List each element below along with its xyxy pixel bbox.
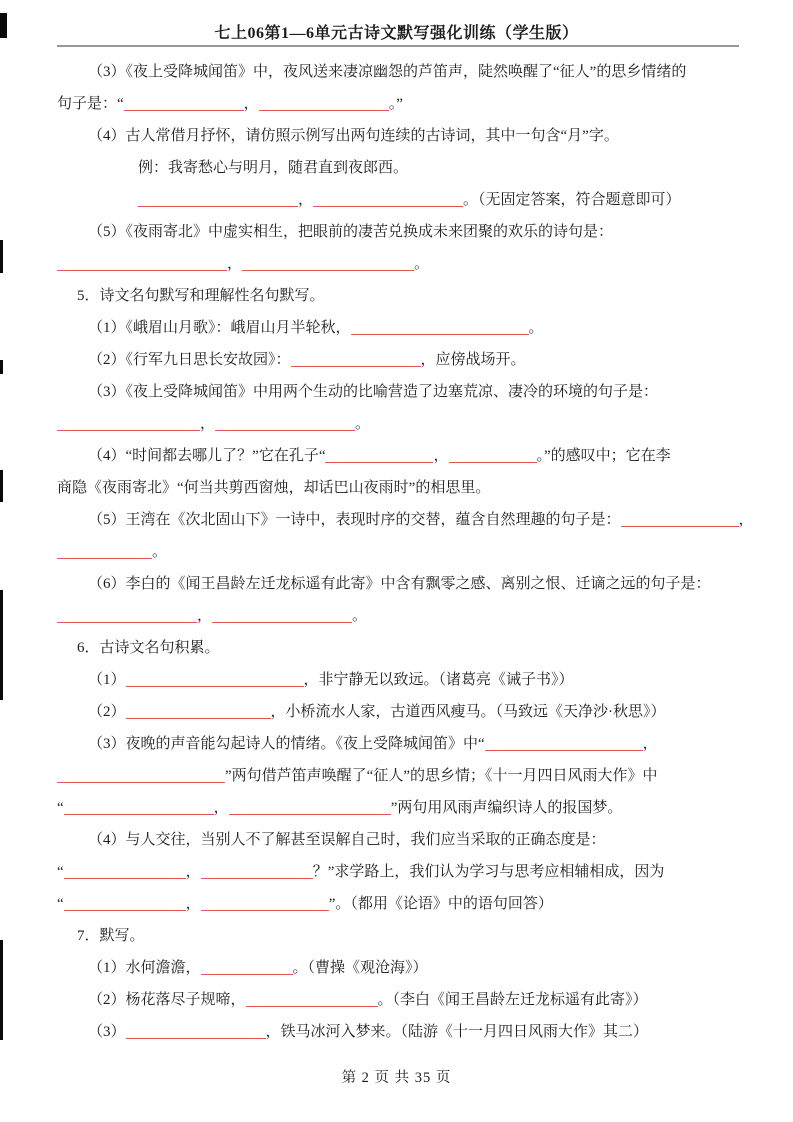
document-line: （3），铁马冰河入梦来。（陆游《十一月四日风雨大作》其二）: [88, 1016, 739, 1048]
document-line: 商隐《夜雨寄北》“何当共剪西窗烛，却话巴山夜雨时”的相思里。: [57, 472, 739, 504]
answer-blank: [246, 992, 378, 1007]
document-line: “，”两句用风雨声编织诗人的报国梦。: [57, 792, 739, 824]
document-line: 。: [57, 536, 739, 568]
document-line: （4）古人常借月抒怀，请仿照示例写出两句连续的古诗词，其中一句含“月”字。: [88, 120, 739, 152]
text-run: ？”求学路上，我们认为学习与思考应相辅相成，因为: [313, 864, 665, 880]
text-run: ，: [227, 256, 242, 272]
text-run: 。（李白《闻王昌龄左迁龙标遥有此寄》）: [378, 992, 648, 1008]
answer-blank: [126, 704, 271, 719]
answer-blank: [64, 896, 186, 911]
text-run: （3）夜晚的声音能勾起诗人的情绪。《夜上受降城闻笛》中“: [88, 736, 485, 752]
text-run: （3）《夜上受降城闻笛》中用两个生动的比喻营造了边塞荒凉、凄冷的环境的句子是：: [88, 384, 658, 400]
text-run: ，: [643, 736, 658, 752]
document-line: （6）李白的《闻王昌龄左迁龙标遥有此寄》中含有飘零之感、离别之恨、迁谪之远的句子…: [88, 568, 739, 600]
answer-blank: [449, 448, 537, 463]
document-line: （5）《夜雨寄北》中虚实相生，把眼前的凄苦兑换成未来团聚的欢乐的诗句是：: [88, 216, 739, 248]
document-line: ，。: [57, 248, 739, 280]
answer-blank: [229, 800, 391, 815]
text-run: 句子是：“: [57, 96, 124, 112]
answer-blank: [212, 608, 352, 623]
document-line: （1）《峨眉山月歌》：峨眉山月半轮秋，。: [88, 312, 739, 344]
text-run: 。: [529, 320, 544, 336]
document-line: ”两句借芦笛声唤醒了“征人”的思乡情；《十一月四日风雨大作》中: [57, 760, 739, 792]
answer-blank: [126, 1024, 266, 1039]
text-run: 。”的感叹中；它在李: [537, 448, 671, 464]
text-run: ，: [186, 896, 201, 912]
text-run: 。（曹操《观沧海》）: [293, 960, 428, 976]
scan-artifact: [0, 360, 3, 374]
document-line: “，”。（都用《论语》中的语句回答）: [57, 888, 739, 920]
answer-blank: [215, 416, 355, 431]
document-line: （4）与人交往，当别人不了解甚至误解自己时，我们应当采取的正确态度是：: [88, 824, 739, 856]
document-line: （2）杨花落尽子规啼，。（李白《闻王昌龄左迁龙标遥有此寄》）: [88, 984, 739, 1016]
text-run: ”两句借芦笛声唤醒了“征人”的思乡情；《十一月四日风雨大作》中: [225, 768, 657, 784]
answer-blank: [57, 256, 227, 271]
text-run: （4）古人常借月抒怀，请仿照示例写出两句连续的古诗词，其中一句含“月”字。: [88, 128, 619, 144]
page-number: 第 2 页 共 35 页: [0, 1066, 793, 1087]
text-run: 7．默写。: [77, 928, 145, 944]
scan-artifact: [0, 470, 3, 502]
text-run: ”。（都用《论语》中的语句回答）: [329, 896, 553, 912]
text-run: ，: [298, 192, 313, 208]
text-run: （4）与人交往，当别人不了解甚至误解自己时，我们应当采取的正确态度是：: [88, 832, 606, 848]
text-run: 。: [414, 256, 429, 272]
document-line: 6．古诗文名句积累。: [77, 632, 739, 664]
answer-blank: [242, 256, 414, 271]
document-line: （2）《行军九日思长安故园》：，应傍战场开。: [88, 344, 739, 376]
document-line: （3）夜晚的声音能勾起诗人的情绪。《夜上受降城闻笛》中“，: [88, 728, 739, 760]
scan-artifact: [0, 590, 3, 700]
text-run: ，: [197, 608, 212, 624]
document-line: （4）“时间都去哪儿了？”它在孔子“，。”的感叹中；它在李: [88, 440, 739, 472]
text-run: 。”: [389, 96, 403, 112]
text-run: （5）王湾在《次北固山下》一诗中，表现时序的交替，蕴含自然理趣的句子是：: [88, 512, 621, 528]
answer-blank: [57, 608, 197, 623]
answer-blank: [485, 736, 643, 751]
document-line: “，？”求学路上，我们认为学习与思考应相辅相成，因为: [57, 856, 739, 888]
answer-blank: [57, 768, 225, 783]
document-line: 7．默写。: [77, 920, 739, 952]
scan-artifact: [0, 240, 3, 273]
answer-blank: [126, 672, 304, 687]
text-run: （2）杨花落尽子规啼，: [88, 992, 246, 1008]
answer-blank: [124, 96, 244, 111]
answer-blank: [259, 96, 389, 111]
answer-blank: [291, 352, 421, 367]
answer-blank: [621, 512, 739, 527]
text-run: ，铁马冰河入梦来。（陆游《十一月四日风雨大作》其二）: [266, 1024, 649, 1040]
page-title: 七上06第1—6单元古诗文默写强化训练（学生版）: [0, 20, 793, 43]
text-run: ，非宁静无以致远。（诸葛亮《诫子书》）: [304, 672, 574, 688]
document-line: 5．诗文名句默写和理解性名句默写。: [77, 280, 739, 312]
answer-blank: [201, 896, 329, 911]
text-run: 。: [152, 544, 167, 560]
document-line: （1）水何澹澹，。（曹操《观沧海》）: [88, 952, 739, 984]
text-run: “: [57, 896, 64, 912]
document-line: 句子是：“，。”: [57, 88, 739, 120]
document-line: （1），非宁静无以致远。（诸葛亮《诫子书》）: [88, 664, 739, 696]
text-run: 6．古诗文名句积累。: [77, 640, 220, 656]
text-run: ，应傍战场开。: [421, 352, 526, 368]
document-line: ，。: [57, 600, 739, 632]
text-run: （2）《行军九日思长安故园》：: [88, 352, 291, 368]
text-run: （1）: [88, 672, 126, 688]
answer-blank: [351, 320, 529, 335]
scan-artifact: [0, 940, 3, 1040]
document-line: （5）王湾在《次北固山下》一诗中，表现时序的交替，蕴含自然理趣的句子是：，: [88, 504, 739, 536]
text-run: “: [57, 800, 64, 816]
text-run: 例：我寄愁心与明月，随君直到夜郎西。: [138, 160, 408, 176]
text-run: ，: [433, 448, 448, 464]
text-run: ，: [739, 512, 754, 528]
answer-blank: [57, 544, 152, 559]
text-run: 。: [355, 416, 370, 432]
document-page: 七上06第1—6单元古诗文默写强化训练（学生版） （3）《夜上受降城闻笛》中，夜…: [0, 0, 793, 1122]
text-run: ，: [186, 864, 201, 880]
header-rule: [57, 45, 739, 47]
answer-blank: [138, 192, 298, 207]
answer-blank: [313, 192, 463, 207]
document-line: （3）《夜上受降城闻笛》中用两个生动的比喻营造了边塞荒凉、凄冷的环境的句子是：: [88, 376, 739, 408]
document-line: （2），小桥流水人家，古道西风瘦马。（马致远《天净沙·秋思》）: [88, 696, 739, 728]
text-run: （1）《峨眉山月歌》：峨眉山月半轮秋，: [88, 320, 351, 336]
text-run: 。（无固定答案，符合题意即可）: [463, 192, 681, 208]
text-run: ，小桥流水人家，古道西风瘦马。（马致远《天净沙·秋思》）: [271, 704, 666, 720]
text-run: （3）《夜上受降城闻笛》中，夜风送来凄凉幽怨的芦笛声，陡然唤醒了“征人”的思乡情…: [88, 64, 686, 80]
text-run: （3）: [88, 1024, 126, 1040]
text-run: （2）: [88, 704, 126, 720]
document-line: 例：我寄愁心与明月，随君直到夜郎西。: [138, 152, 739, 184]
answer-blank: [201, 864, 313, 879]
document-line: （3）《夜上受降城闻笛》中，夜风送来凄凉幽怨的芦笛声，陡然唤醒了“征人”的思乡情…: [88, 56, 739, 88]
text-run: 5．诗文名句默写和理解性名句默写。: [77, 288, 325, 304]
text-run: 商隐《夜雨寄北》“何当共剪西窗烛，却话巴山夜雨时”的相思里。: [57, 480, 490, 496]
answer-blank: [64, 864, 186, 879]
text-run: “: [57, 864, 64, 880]
text-run: （1）水何澹澹，: [88, 960, 201, 976]
text-run: （6）李白的《闻王昌龄左迁龙标遥有此寄》中含有飘零之感、离别之恨、迁谪之远的句子…: [88, 576, 711, 592]
text-run: 。: [352, 608, 367, 624]
text-run: ，: [244, 96, 259, 112]
text-run: ，: [200, 416, 215, 432]
text-run: （5）《夜雨寄北》中虚实相生，把眼前的凄苦兑换成未来团聚的欢乐的诗句是：: [88, 224, 613, 240]
answer-blank: [57, 416, 200, 431]
answer-blank: [64, 800, 214, 815]
document-line: ，。（无固定答案，符合题意即可）: [138, 184, 739, 216]
document-line: ，。: [57, 408, 739, 440]
text-run: ”两句用风雨声编织诗人的报国梦。: [391, 800, 623, 816]
answer-blank: [325, 448, 433, 463]
text-run: （4）“时间都去哪儿了？”它在孔子“: [88, 448, 325, 464]
answer-blank: [201, 960, 293, 975]
text-run: ，: [214, 800, 229, 816]
document-body: （3）《夜上受降城闻笛》中，夜风送来凄凉幽怨的芦笛声，陡然唤醒了“征人”的思乡情…: [57, 56, 739, 1048]
